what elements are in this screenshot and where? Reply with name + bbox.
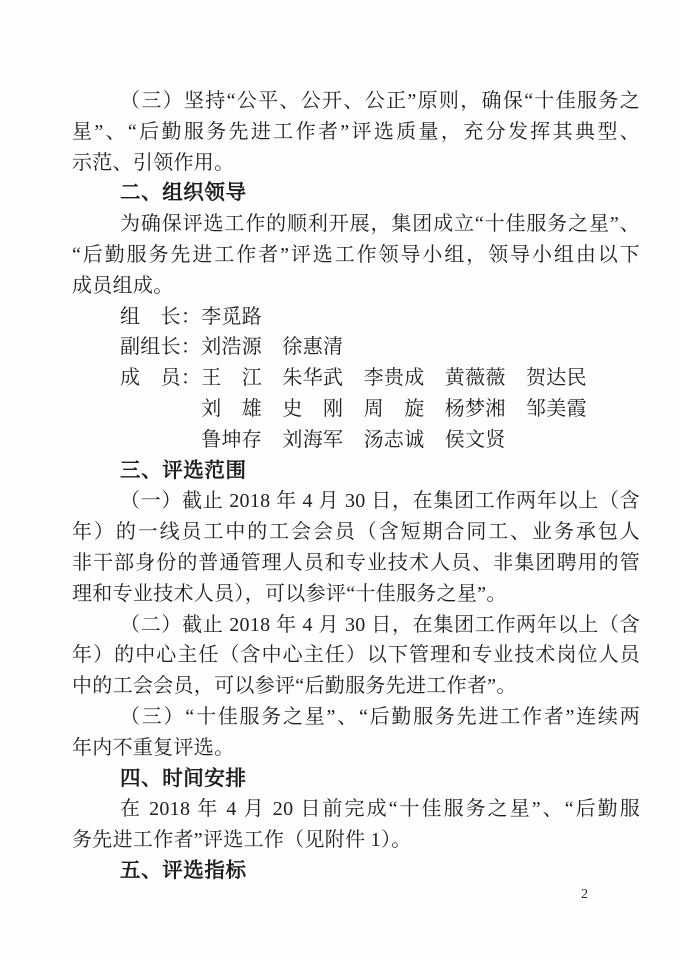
roster-line-deputy-leader: 副组长：刘浩源 徐惠清 — [72, 332, 640, 363]
doc-line: 示范、引领作用。 — [72, 148, 640, 179]
doc-line: 理和专业技术人员），可以参评“十佳服务之星”。 — [72, 579, 640, 610]
document-body: （三）坚持“公平、公开、公正”原则，确保“十佳服务之 星”、“后勤服务先进工作者… — [72, 86, 640, 887]
roster-line-members: 鲁坤存 刘海军 汤志诚 侯文贤 — [72, 425, 640, 456]
document-page: （三）坚持“公平、公开、公正”原则，确保“十佳服务之 星”、“后勤服务先进工作者… — [0, 0, 680, 961]
doc-line: 务先进工作者”评选工作（见附件 1）。 — [72, 825, 640, 856]
page-number: 2 — [581, 886, 588, 904]
doc-line: “后勤服务先进工作者”评选工作领导小组，领导小组由以下 — [72, 240, 640, 271]
doc-line: （二）截止 2018 年 4 月 30 日，在集团工作两年以上（含两 — [72, 610, 640, 641]
doc-line: 在 2018 年 4 月 20 日前完成“十佳服务之星”、“后勤服 — [72, 794, 640, 825]
doc-line: 年）的一线员工中的工会会员（含短期合同工、业务承包人员、 — [72, 517, 640, 548]
heading-organization-leadership: 二、组织领导 — [72, 178, 640, 209]
doc-line: （三）坚持“公平、公开、公正”原则，确保“十佳服务之 — [72, 86, 640, 117]
doc-line: 星”、“后勤服务先进工作者”评选质量，充分发挥其典型、 — [72, 117, 640, 148]
doc-line: （三）“十佳服务之星”、“后勤服务先进工作者”连续两 — [72, 702, 640, 733]
roster-line-members: 刘 雄 史 刚 周 旋 杨梦湘 邹美霞 — [72, 394, 640, 425]
heading-selection-quota: 五、评选指标 — [72, 856, 640, 887]
doc-line: 年）的中心主任（含中心主任）以下管理和专业技术岗位人员 — [72, 640, 640, 671]
doc-line: （一）截止 2018 年 4 月 30 日，在集团工作两年以上（含两 — [72, 486, 640, 517]
doc-line: 为确保评选工作的顺利开展，集团成立“十佳服务之星”、 — [72, 209, 640, 240]
roster-line-leader: 组 长：李觅路 — [72, 302, 640, 333]
doc-line: 年内不重复评选。 — [72, 733, 640, 764]
doc-line: 非干部身份的普通管理人员和专业技术人员、非集团聘用的管 — [72, 548, 640, 579]
heading-selection-scope: 三、评选范围 — [72, 456, 640, 487]
roster-line-members: 成 员：王 江 朱华武 李贵成 黄薇薇 贺达民 — [72, 363, 640, 394]
doc-line: 成员组成。 — [72, 271, 640, 302]
heading-time-arrangement: 四、时间安排 — [72, 764, 640, 795]
doc-line: 中的工会会员，可以参评“后勤服务先进工作者”。 — [72, 671, 640, 702]
